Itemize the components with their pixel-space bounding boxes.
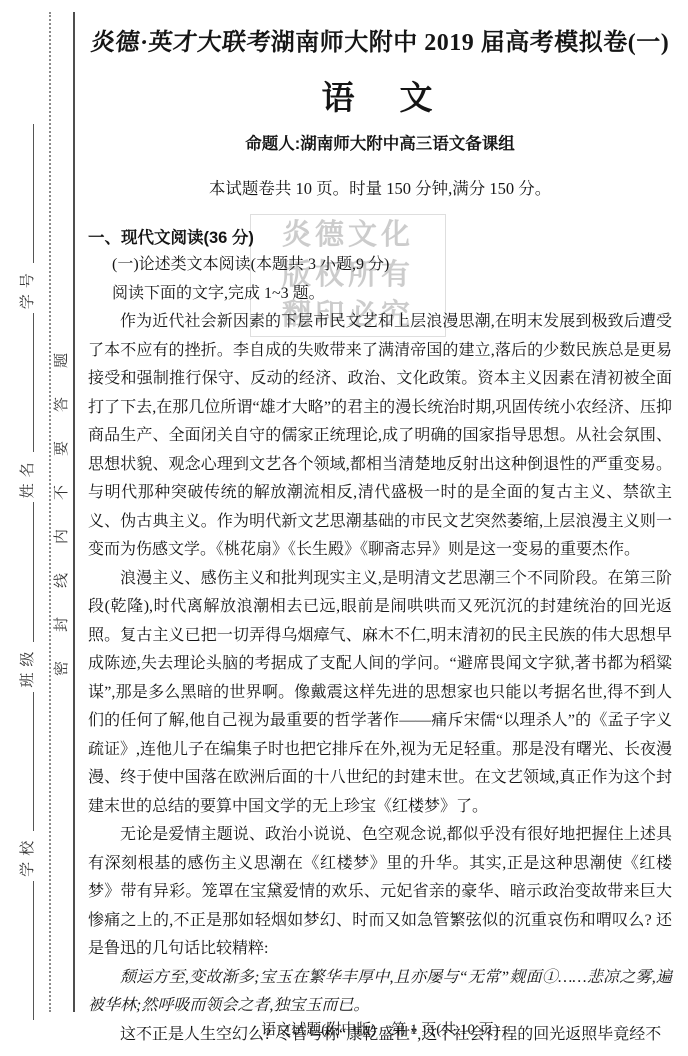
- setter-line: 命题人:湖南师大附中高三语文备课组: [88, 133, 672, 155]
- passage-subheading: (一)论述类文本阅读(本题共 3 小题,9 分): [88, 251, 672, 280]
- passage-paragraph: 无论是爱情主题说、政治小说说、色空观念说,都似乎没有很好地把握住上述具有深刻根基…: [88, 821, 672, 964]
- exam-title-rest: 湖南师大附中 2019 届高考模拟卷(一): [271, 30, 669, 56]
- student-info-fields: 学校 班级 姓名 学号: [17, 122, 37, 1022]
- seal-solid-line: [73, 12, 75, 1012]
- field-label-name: 姓名: [19, 454, 37, 500]
- passage-paragraph: 浪漫主义、感伤主义和批判现实主义,是明清文艺思潮三个不同阶段。在第三阶段(乾隆)…: [88, 565, 672, 822]
- seal-line-text: 密封线内不要答题: [52, 315, 72, 685]
- fill-blank-line: [32, 502, 34, 641]
- subject-title: 语 文: [88, 78, 672, 118]
- field-label-student-number: 学号: [19, 265, 37, 311]
- reading-passage: (一)论述类文本阅读(本题共 3 小题,9 分) 阅读下面的文字,完成 1~3 …: [88, 251, 672, 1049]
- exam-title: 炎德·英才大联考湖南师大附中 2019 届高考模拟卷(一): [88, 26, 672, 60]
- section-heading: 一、现代文阅读(36 分): [88, 226, 672, 250]
- passage-paragraph: 作为近代社会新因素的下层市民文艺和上层浪漫思潮,在明末发展到极致后遭受了本不应有…: [88, 308, 672, 565]
- page-footer: 语文试题(附中版) 第 1 页(共 10 页): [88, 1020, 672, 1040]
- exam-paper-page: 炎德文化 版权所有 翻印必究 学校 班级 姓名 学号 密封线内不要答题 炎德·英…: [0, 0, 688, 1056]
- fill-blank-line: [32, 881, 34, 1020]
- fill-blank-line: [32, 313, 34, 452]
- field-label-class: 班级: [19, 644, 37, 690]
- passage-prompt: 阅读下面的文字,完成 1~3 题。: [88, 280, 672, 309]
- luxun-quote: 颓运方至,变故渐多;宝玉在繁华丰厚中,且亦屡与“无常”觌面①……悲凉之雾,遍被华…: [88, 964, 672, 1021]
- field-label-school: 学校: [19, 833, 37, 879]
- fill-blank-line: [32, 124, 34, 263]
- fill-blank-line: [32, 692, 34, 831]
- instructions-line: 本试题卷共 10 页。时量 150 分钟,满分 150 分。: [88, 178, 672, 200]
- exam-brand: 炎德·英才大联考: [89, 26, 273, 60]
- seal-dotted-line: [49, 12, 51, 1012]
